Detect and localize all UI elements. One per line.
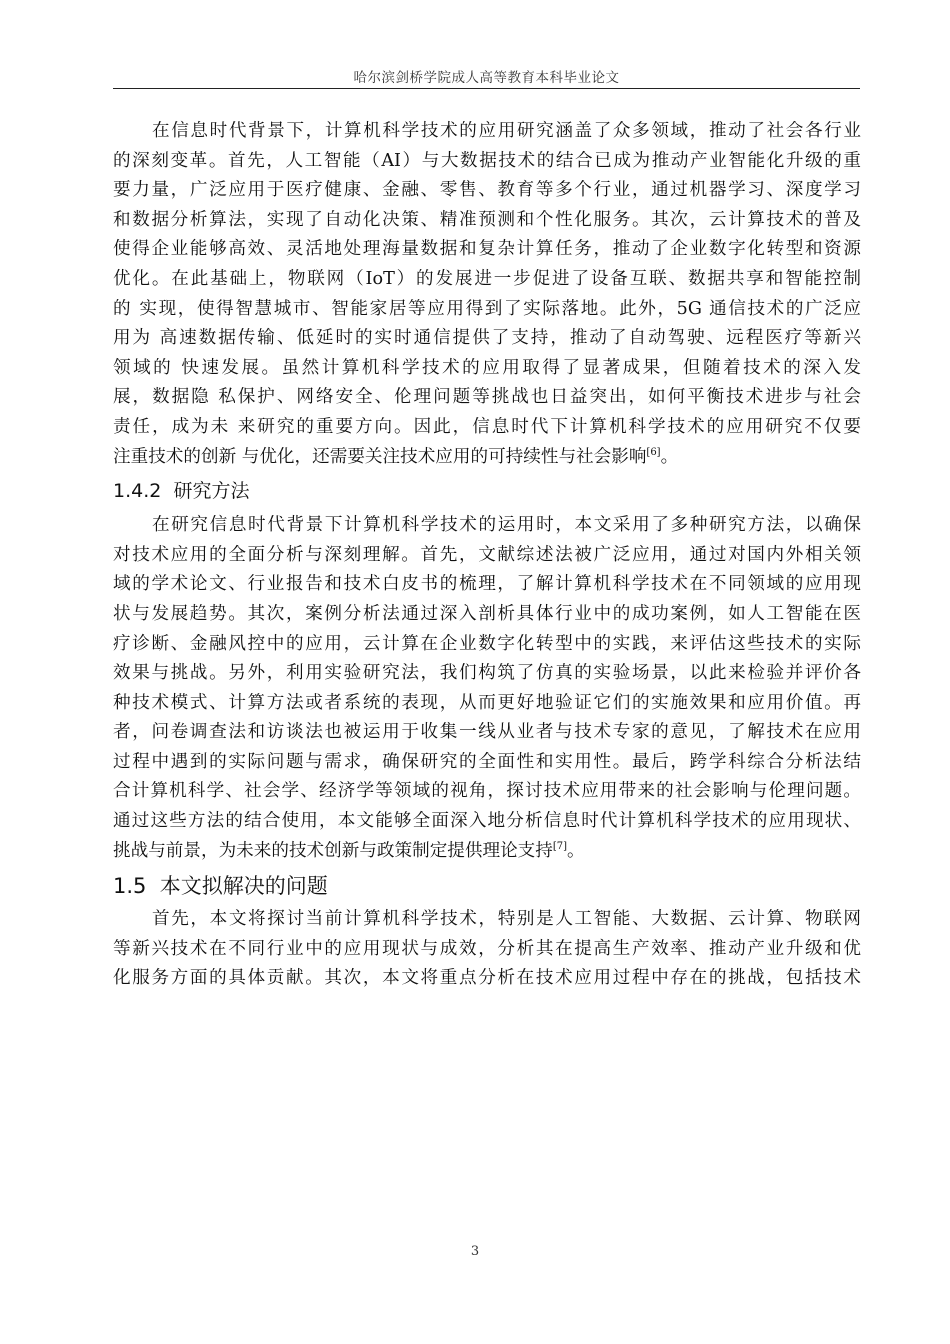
text-line: 等新兴技术在不同行业中的应用现状与成效，分析其在提高生产效率、推动产业升级和优 <box>113 935 861 965</box>
text-line: 的深刻变革。首先，人工智能（AI）与大数据技术的结合已成为推动产业智能化升级的重 <box>113 147 861 177</box>
citation-reference[interactable]: [6] <box>646 447 660 458</box>
text-line: 使得企业能够高效、灵活地处理海量数据和复杂计算任务，推动了企业数字化转型和资源 <box>113 235 861 265</box>
text-line-content: 注重技术的创新 与优化，还需要关注技术应用的可持续性与社会影响 <box>113 447 646 467</box>
text-line: 化服务方面的具体贡献。其次，本文将重点分析在技术应用过程中存在的挑战，包括技术 <box>113 964 861 994</box>
heading-number: 1.4.2 <box>113 480 161 502</box>
text-line: 展，数据隐 私保护、网络安全、伦理问题等挑战也日益突出，如何平衡技术进步与社会 <box>113 383 861 413</box>
text-line: 用为 高速数据传输、低延时的实时通信提供了支持，推动了自动驾驶、远程医疗等新兴 <box>113 324 861 354</box>
heading-number: 1.5 <box>113 874 146 898</box>
paragraph-research-methods: 在研究信息时代背景下计算机科学技术的运用时，本文采用了多种研究方法，以确保 对技… <box>113 511 861 866</box>
text-line: 注重技术的创新 与优化，还需要关注技术应用的可持续性与社会影响[6]。 <box>113 443 861 473</box>
text-line: 要力量，广泛应用于医疗健康、金融、零售、教育等多个行业，通过机器学习、深度学习 <box>113 176 861 206</box>
citation-reference[interactable]: [7] <box>553 841 567 852</box>
paragraph-problems-to-solve: 首先，本文将探讨当前计算机科学技术，特别是人工智能、大数据、云计算、物联网 等新… <box>113 905 861 994</box>
text-line: 在信息时代背景下，计算机科学技术的应用研究涵盖了众多领域，推动了社会各行业 <box>113 117 861 147</box>
text-line: 状与发展趋势。其次，案例分析法通过深入剖析具体行业中的成功案例，如人工智能在医 <box>113 600 861 630</box>
text-line: 挑战与前景，为未来的技术创新与政策制定提供理论支持[7]。 <box>113 837 861 867</box>
running-header: 哈尔滨剑桥学院成人高等教育本科毕业论文 <box>113 66 860 86</box>
text-line: 过程中遇到的实际问题与需求，确保研究的全面性和实用性。最后，跨学科综合分析法结 <box>113 748 861 778</box>
heading-title: 研究方法 <box>173 480 249 502</box>
section-heading-1-4-2: 1.4.2 研究方法 <box>113 473 861 511</box>
text-line: 域的学术论文、行业报告和技术白皮书的梳理，了解计算机科学技术在不同领域的应用现 <box>113 570 861 600</box>
text-line: 首先，本文将探讨当前计算机科学技术，特别是人工智能、大数据、云计算、物联网 <box>113 905 861 935</box>
sentence-end: 。 <box>567 841 585 861</box>
text-line: 效果与挑战。另外，利用实验研究法，我们构筑了仿真的实验场景，以此来检验并评价各 <box>113 659 861 689</box>
text-line: 责任，成为未 来研究的重要方向。因此，信息时代下计算机科学技术的应用研究不仅要 <box>113 413 861 443</box>
text-line: 的 实现，使得智慧城市、智能家居等应用得到了实际落地。此外，5G 通信技术的广泛… <box>113 295 861 325</box>
text-line: 者，问卷调查法和访谈法也被运用于收集一线从业者与技术专家的意见，了解技术在应用 <box>113 718 861 748</box>
page-body: 在信息时代背景下，计算机科学技术的应用研究涵盖了众多领域，推动了社会各行业 的深… <box>113 117 861 994</box>
text-line: 和数据分析算法，实现了自动化决策、精准预测和个性化服务。其次，云计算技术的普及 <box>113 206 861 236</box>
sentence-end: 。 <box>661 447 679 467</box>
section-heading-1-5: 1.5 本文拟解决的问题 <box>113 867 861 905</box>
text-line: 疗诊断、金融风控中的应用，云计算在企业数字化转型中的实践，来评估这些技术的实际 <box>113 630 861 660</box>
text-line: 领域的 快速发展。虽然计算机科学技术的应用取得了显著成果，但随着技术的深入发 <box>113 354 861 384</box>
text-line: 种技术模式、计算方法或者系统的表现，从而更好地验证它们的实施效果和应用价值。再 <box>113 689 861 719</box>
text-line-content: 挑战与前景，为未来的技术创新与政策制定提供理论支持 <box>113 841 553 861</box>
paragraph-application-research: 在信息时代背景下，计算机科学技术的应用研究涵盖了众多领域，推动了社会各行业 的深… <box>113 117 861 472</box>
text-line: 优化。在此基础上，物联网（IoT）的发展进一步促进了设备互联、数据共享和智能控制 <box>113 265 861 295</box>
text-line: 在研究信息时代背景下计算机科学技术的运用时，本文采用了多种研究方法，以确保 <box>113 511 861 541</box>
header-rule <box>113 88 860 89</box>
text-line: 对技术应用的全面分析与深刻理解。首先，文献综述法被广泛应用，通过对国内外相关领 <box>113 541 861 571</box>
heading-title: 本文拟解决的问题 <box>160 874 328 898</box>
text-line: 通过这些方法的结合使用，本文能够全面深入地分析信息时代计算机科学技术的应用现状、 <box>113 807 861 837</box>
text-line: 合计算机科学、社会学、经济学等领域的视角，探讨技术应用带来的社会影响与伦理问题。 <box>113 777 861 807</box>
page-number: 3 <box>0 1244 950 1259</box>
